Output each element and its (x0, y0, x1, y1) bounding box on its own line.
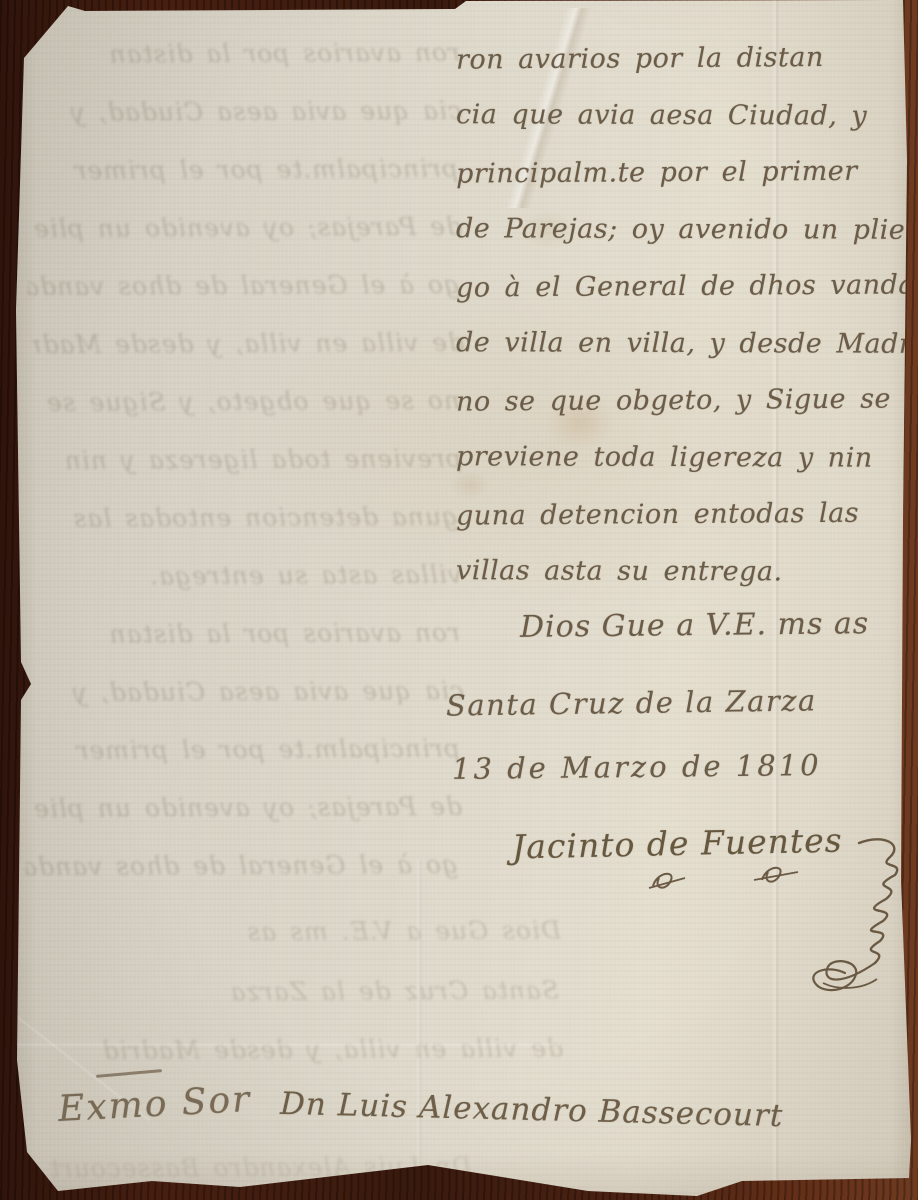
bleedthrough-line: Dn Luis Alexandro Bassecourt (40, 1147, 472, 1189)
bleedthrough-line: go à el General de dhos vandalos (28, 265, 460, 307)
handwriting-line: cia que avia aesa Ciudad, y (456, 86, 908, 145)
bleedthrough-line: cia que avia aesa Ciudad, y (30, 91, 462, 133)
bleedthrough-line: ron avarios por la distan (28, 33, 460, 75)
handwriting-line: guna detencion entodas las (456, 484, 908, 544)
handwriting-line: de villa en villa, y desde Madrid (456, 314, 908, 373)
bleedthrough-line: de villa en villa, y desde Madrid (32, 323, 464, 365)
letter-body: ron avarios por la distan cia que avia a… (456, 30, 908, 600)
bleedthrough-line: go à el General de dhos vandalos (26, 845, 458, 887)
handwriting-line: ron avarios por la distan (456, 28, 908, 88)
bleedthrough-line: previene toda ligereza y nin (30, 439, 462, 481)
rubric-mark-icon (645, 866, 689, 900)
bleedthrough-line: de Parejas; oy avenido un plie (30, 207, 462, 249)
valediction-line: Dios Gue a V.E. ms as (520, 606, 870, 645)
handwriting-line: villas asta su entrega. (456, 542, 908, 601)
handwriting-line: principalm.te por el primer (456, 142, 908, 202)
handwriting-line: de Parejas; oy avenido un plie (456, 200, 908, 259)
bleedthrough-line: de Parejas; oy avenido un plie (30, 787, 462, 829)
bleedthrough-line: ron avarios por la distan (28, 613, 460, 655)
bleedthrough-line: Santa Cruz de la Zarza (34, 971, 559, 1014)
signature-rubric-flourish-icon (793, 833, 911, 1002)
bleedthrough-line: villas asta su entrega. (30, 555, 462, 597)
bleedthrough-line: Dios Gue a V.E. ms as (36, 911, 561, 954)
bleedthrough-line: principalm.te por el primer (28, 729, 460, 771)
bleedthrough-line: cia que avia aesa Ciudad, y (32, 671, 464, 713)
letter-paper: ron avarios por la distan cia que avia a… (0, 0, 918, 1200)
bleedthrough-line: de villa en villa, y desde Madrid (38, 1029, 563, 1072)
bleedthrough-line: principalm.te por el primer (26, 149, 458, 191)
bleedthrough-line: no se que obgeto, y Sigue se (28, 381, 460, 423)
handwriting-line: previene toda ligereza y nin (456, 428, 908, 487)
addressee-honorific: Exmo Sor (57, 1079, 252, 1130)
bleedthrough-line: guna detencion entodas las (26, 497, 458, 539)
handwriting-line: go à el General de dhos vandalos (456, 256, 908, 316)
handwriting-line: no se que obgeto, y Sigue se (456, 370, 908, 430)
date-line: 13 de Marzo de 1810 (452, 748, 822, 786)
rubric-mark-icon (750, 860, 802, 894)
place-line: Santa Cruz de la Zarza (446, 683, 817, 722)
photo-of-manuscript-letter: ron avarios por la distan cia que avia a… (0, 0, 918, 1200)
addressee-name: Dn Luis Alexandro Bassecourt (280, 1086, 784, 1134)
